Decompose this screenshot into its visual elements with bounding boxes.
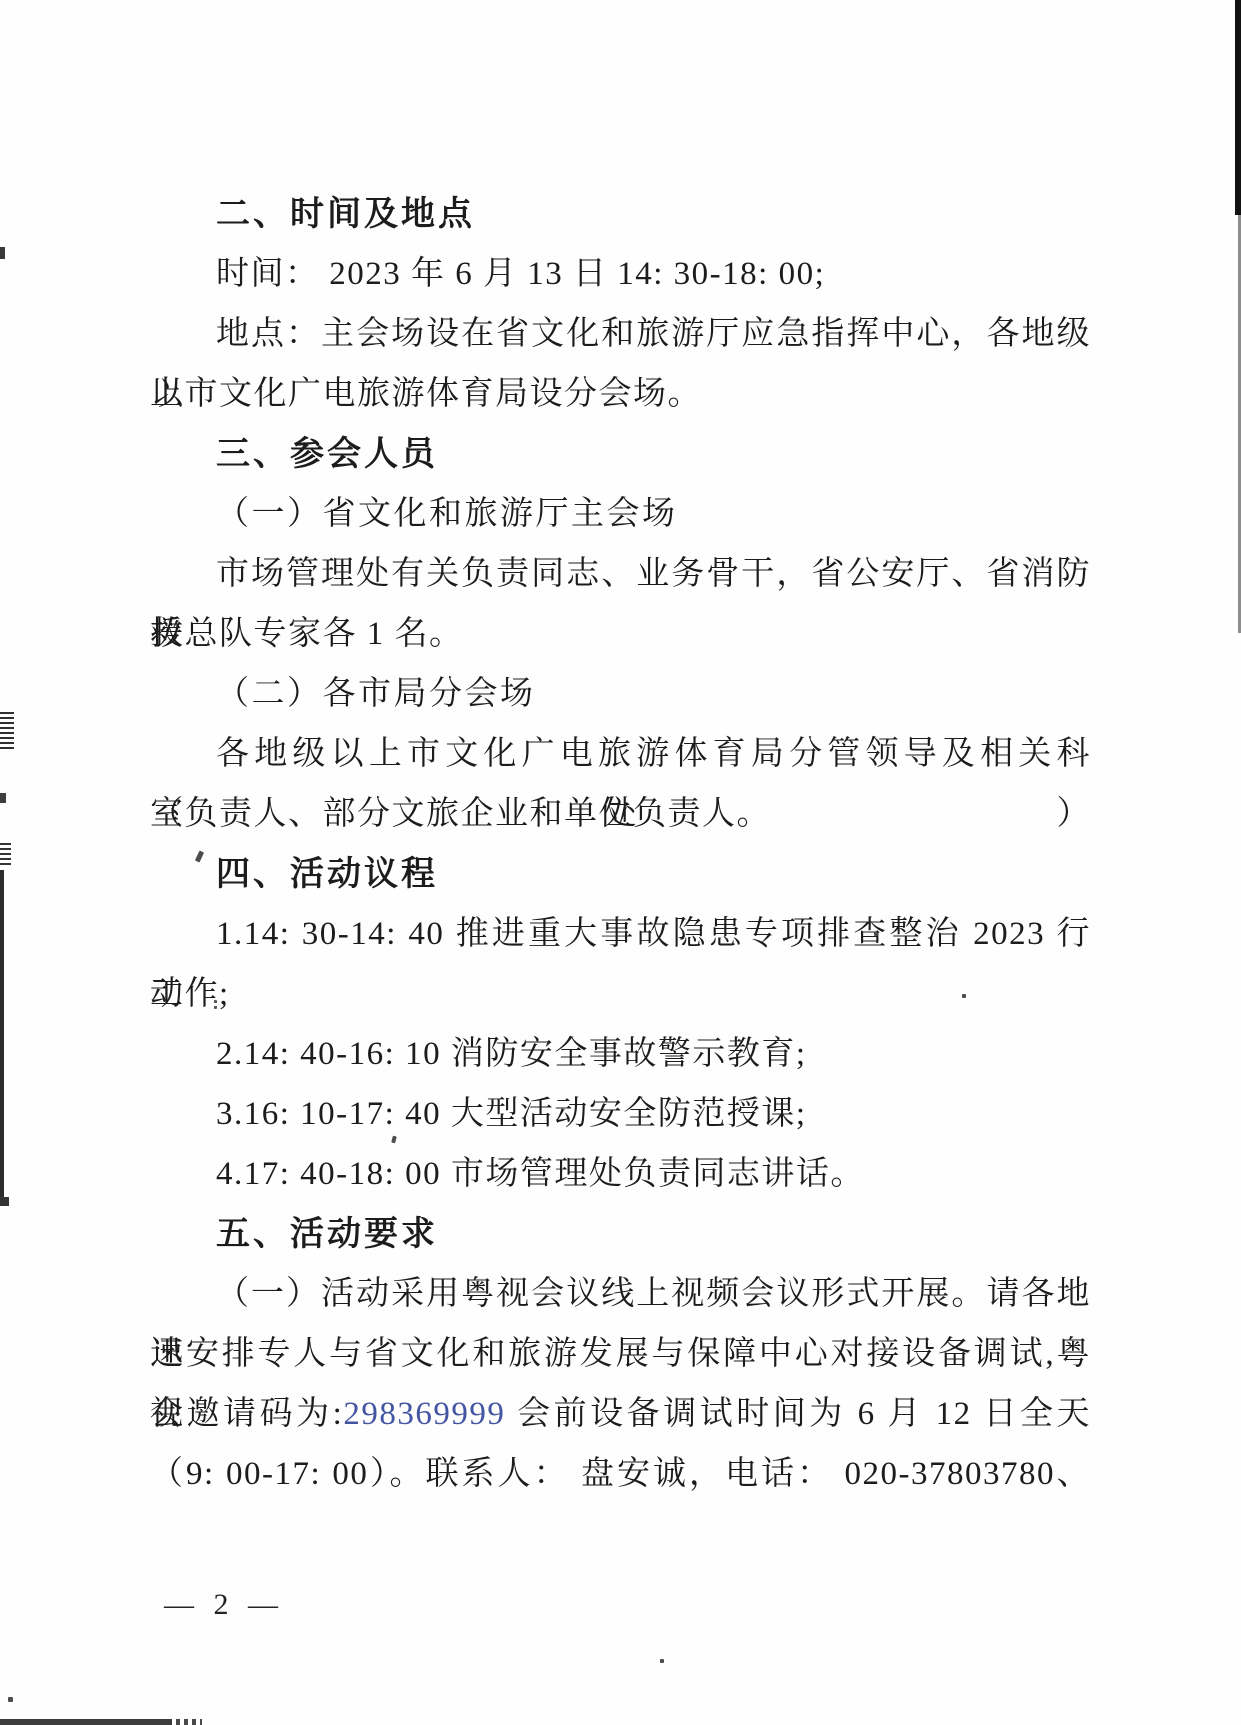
requirement-1-line-4: （9: 00-17: 00）。联系人： 盘安诚，电话： 020-37803780… xyxy=(150,1444,1091,1504)
requirement-1-line-2: 速安排专人与省文化和旅游发展与保障中心对接设备调试,粤视 xyxy=(150,1324,1091,1384)
branch-participants-line-1: 各地级以上市文化广电旅游体育局分管领导及相关科（处） xyxy=(150,724,1091,784)
scan-speck xyxy=(962,994,966,998)
scan-artifact-right-black-bar xyxy=(1235,0,1241,215)
location-line-1: 地点：主会场设在省文化和旅游厅应急指挥中心，各地级以 xyxy=(150,304,1091,364)
scan-speck xyxy=(8,1697,13,1702)
scan-artifact-left-cluster xyxy=(0,843,11,865)
scan-artifact-left-mark xyxy=(0,793,6,803)
invite-code-tail: 会前设备调试时间为 6 月 12 日全天 xyxy=(505,1396,1091,1432)
scan-artifact-left-mark xyxy=(0,1197,9,1206)
document-body: 二、时间及地点时间： 2023 年 6 月 13 日 14: 30-18: 00… xyxy=(150,184,1091,1504)
section-heading-requirements: 五、活动要求 xyxy=(150,1204,1091,1264)
section-heading-agenda: 四、活动议程 xyxy=(150,844,1091,904)
section-heading-participants: 三、参会人员 xyxy=(150,424,1091,484)
scan-artifact-bottom-strip xyxy=(0,1719,172,1725)
scan-artifact-left-bar xyxy=(0,870,4,1200)
scan-speck xyxy=(874,932,878,936)
agenda-item-1-line-1: 1.14: 30-14: 40 推进重大事故隐患专项排查整治 2023 行动 xyxy=(150,904,1091,964)
invite-code-value: 298369999 xyxy=(343,1396,505,1432)
agenda-item-1-line-2: 工作; xyxy=(150,964,1091,1024)
agenda-item-3: 3.16: 10-17: 40 大型活动安全防范授课; xyxy=(150,1084,1091,1144)
section-heading-time-location: 二、时间及地点 xyxy=(150,184,1091,244)
agenda-item-4: 4.17: 40-18: 00 市场管理处负责同志讲话。 xyxy=(150,1144,1091,1204)
subheading-branch-venue: （二）各市局分会场 xyxy=(150,664,1091,724)
invite-code-label: 会邀请码为: xyxy=(150,1396,343,1432)
scan-speck xyxy=(214,1000,217,1009)
requirement-1-line-3: 会邀请码为:298369999 会前设备调试时间为 6 月 12 日全天 xyxy=(150,1384,1091,1444)
requirement-1-line-1: （一）活动采用粤视会议线上视频会议形式开展。请各地迅 xyxy=(150,1264,1091,1324)
page-number: — 2 — xyxy=(164,1588,284,1622)
scan-artifact-left-cluster xyxy=(0,712,14,752)
subheading-main-venue: （一）省文化和旅游厅主会场 xyxy=(150,484,1091,544)
scanned-document-page: 二、时间及地点时间： 2023 年 6 月 13 日 14: 30-18: 00… xyxy=(0,0,1241,1725)
location-line-2: 上市文化广电旅游体育局设分会场。 xyxy=(150,364,1091,424)
scan-speck xyxy=(660,1659,664,1663)
participants-line-1: 市场管理处有关负责同志、业务骨干，省公安厅、省消防救 xyxy=(150,544,1091,604)
participants-line-2: 援总队专家各 1 名。 xyxy=(150,604,1091,664)
scan-artifact-left-mark xyxy=(0,247,5,259)
time-line: 时间： 2023 年 6 月 13 日 14: 30-18: 00; xyxy=(150,244,1091,304)
agenda-item-2: 2.14: 40-16: 10 消防安全事故警示教育; xyxy=(150,1024,1091,1084)
scan-artifact-bottom-marks xyxy=(176,1719,202,1725)
